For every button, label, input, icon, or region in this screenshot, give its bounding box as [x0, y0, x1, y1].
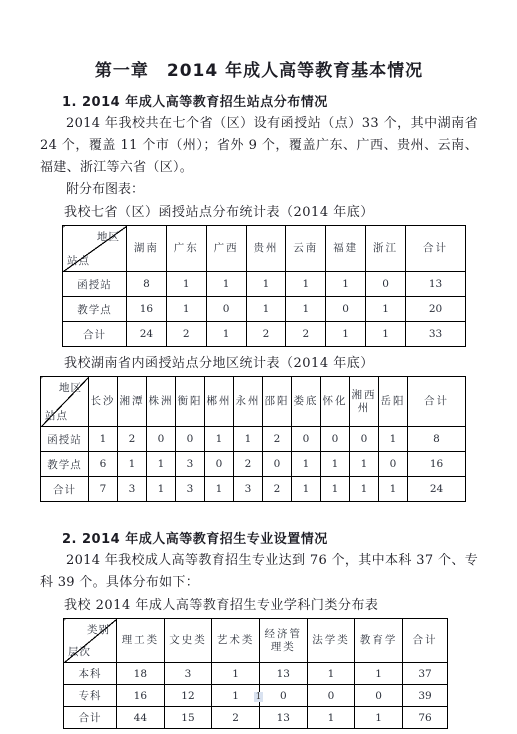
data-cell: 0: [205, 452, 234, 477]
column-header: 怀化: [321, 377, 350, 427]
table-row: 合计7313132111124: [41, 477, 466, 502]
section1-heading: 1. 2014 年成人高等教育招生站点分布情况: [62, 91, 478, 110]
diagonal-top-label: 地区: [59, 380, 82, 395]
data-cell: 3: [176, 452, 205, 477]
data-cell: 1: [326, 322, 366, 347]
column-header: 福建: [326, 226, 366, 272]
data-cell: 1: [206, 272, 246, 297]
data-cell: 1: [321, 477, 350, 502]
column-header: 理工类: [117, 619, 165, 663]
data-cell: 8: [127, 272, 167, 297]
data-cell: 2: [212, 707, 260, 729]
data-cell: 1: [89, 427, 118, 452]
data-cell: 13: [406, 272, 466, 297]
diagonal-bottom-label: 站点: [67, 253, 90, 268]
data-cell: 6: [89, 452, 118, 477]
data-cell: 24: [127, 322, 167, 347]
data-cell: 1: [234, 427, 263, 452]
data-cell: 1: [147, 452, 176, 477]
header-row: 地区站点湖南广东广西贵州云南福建浙江合计: [63, 226, 466, 272]
row-label: 函授站: [41, 427, 89, 452]
data-cell: 0: [292, 427, 321, 452]
section2-heading: 2. 2014 年成人高等教育招生专业设置情况: [62, 528, 478, 547]
data-cell: 13: [259, 663, 307, 685]
data-cell: 1: [205, 477, 234, 502]
section-spacer: [40, 508, 478, 524]
data-cell: 24: [408, 477, 466, 502]
column-header: 合计: [406, 226, 466, 272]
data-cell: 76: [403, 707, 448, 729]
column-header: 湘西州: [350, 377, 379, 427]
data-cell: 1: [246, 272, 286, 297]
data-cell: 1: [366, 297, 406, 322]
data-cell: 0: [326, 297, 366, 322]
data-cell: 2: [234, 452, 263, 477]
row-label: 教学点: [41, 452, 89, 477]
row-label: 教学点: [63, 297, 127, 322]
data-cell: 2: [246, 322, 286, 347]
data-cell: 2: [118, 427, 147, 452]
data-cell: 20: [406, 297, 466, 322]
data-cell: 15: [164, 707, 212, 729]
data-cell: 0: [206, 297, 246, 322]
data-cell: 2: [263, 477, 292, 502]
data-cell: 1: [379, 477, 408, 502]
column-header: 合计: [403, 619, 448, 663]
column-header: 合计: [408, 377, 466, 427]
data-cell: 13: [259, 707, 307, 729]
table1-station-distribution-by-province: 地区站点湖南广东广西贵州云南福建浙江合计函授站811111013教学点16101…: [62, 225, 466, 347]
data-cell: 16: [408, 452, 466, 477]
table2-hunan-station-distribution: 地区站点长沙湘潭株洲衡阳郴州永州邵阳娄底怀化湘西州岳阳合计函授站12001120…: [40, 376, 466, 502]
data-cell: 0: [350, 427, 379, 452]
diagonal-bottom-label: 站点: [45, 408, 68, 423]
column-header: 浙江: [366, 226, 406, 272]
data-cell: 1: [292, 477, 321, 502]
data-cell: 1: [350, 477, 379, 502]
column-header: 贵州: [246, 226, 286, 272]
data-cell: 1: [307, 663, 355, 685]
section1-paragraph: 2014 年我校共在七个省（区）设有函授站（点）33 个，其中湖南省 24 个，…: [40, 113, 478, 179]
data-cell: 1: [286, 272, 326, 297]
column-header: 岳阳: [379, 377, 408, 427]
data-cell: 1: [205, 427, 234, 452]
data-cell: 3: [164, 663, 212, 685]
data-cell: 16: [127, 297, 167, 322]
column-header: 广东: [166, 226, 206, 272]
table-row: 合计44152131176: [64, 707, 448, 729]
data-cell: 44: [117, 707, 165, 729]
data-cell: 8: [408, 427, 466, 452]
data-cell: 3: [118, 477, 147, 502]
data-cell: 1: [379, 427, 408, 452]
data-cell: 1: [292, 452, 321, 477]
data-cell: 1: [286, 297, 326, 322]
column-header: 教育学: [355, 619, 403, 663]
column-header: 长沙: [89, 377, 118, 427]
data-cell: 0: [176, 427, 205, 452]
data-cell: 18: [117, 663, 165, 685]
table-row: 本科1831131137: [64, 663, 448, 685]
chart-note: 附分布图表：: [40, 179, 478, 201]
document-title: 第一章 2014 年成人高等教育基本情况: [40, 56, 478, 81]
table1-caption: 我校七省（区）函授站点分布统计表（2014 年底）: [64, 202, 478, 223]
page-number: 1: [254, 692, 264, 702]
row-label: 合计: [41, 477, 89, 502]
column-header: 娄底: [292, 377, 321, 427]
diagonal-bottom-label: 层次: [68, 644, 91, 659]
diagonal-header-cell: 类别层次: [64, 619, 117, 663]
column-header: 衡阳: [176, 377, 205, 427]
data-cell: 1: [321, 452, 350, 477]
table-row: 函授站811111013: [63, 272, 466, 297]
column-header: 广西: [206, 226, 246, 272]
header-row: 地区站点长沙湘潭株洲衡阳郴州永州邵阳娄底怀化湘西州岳阳合计: [41, 377, 466, 427]
data-cell: 0: [379, 452, 408, 477]
diagonal-header-cell: 地区站点: [63, 226, 127, 272]
data-cell: 1: [206, 322, 246, 347]
data-cell: 1: [307, 707, 355, 729]
column-header: 湘潭: [118, 377, 147, 427]
section2-paragraph: 2014 年我校成人高等教育招生专业达到 76 个，其中本科 37 个、专科 3…: [40, 550, 478, 594]
data-cell: 1: [350, 452, 379, 477]
data-cell: 3: [234, 477, 263, 502]
data-cell: 1: [366, 322, 406, 347]
table3-major-category-distribution: 类别层次理工类文史类艺术类经济管理类法学类教育学合计本科1831131137专科…: [63, 618, 448, 729]
data-cell: 1: [212, 663, 260, 685]
table2-caption: 我校湖南省内函授站点分地区统计表（2014 年底）: [64, 353, 478, 374]
page-footer: 1: [0, 692, 517, 702]
data-cell: 1: [355, 663, 403, 685]
row-label: 函授站: [63, 272, 127, 297]
data-cell: 0: [366, 272, 406, 297]
data-cell: 1: [246, 297, 286, 322]
table-row: 合计2421221133: [63, 322, 466, 347]
data-cell: 0: [321, 427, 350, 452]
table3-caption: 我校 2014 年成人高等教育招生专业学科门类分布表: [64, 595, 478, 616]
data-cell: 1: [166, 297, 206, 322]
data-cell: 2: [166, 322, 206, 347]
data-cell: 0: [263, 452, 292, 477]
table-row: 教学点6113020111016: [41, 452, 466, 477]
diagonal-top-label: 地区: [97, 229, 120, 244]
data-cell: 1: [118, 452, 147, 477]
data-cell: 1: [355, 707, 403, 729]
data-cell: 0: [147, 427, 176, 452]
row-label: 合计: [63, 322, 127, 347]
column-header: 永州: [234, 377, 263, 427]
column-header: 文史类: [164, 619, 212, 663]
data-cell: 33: [406, 322, 466, 347]
row-label: 合计: [64, 707, 117, 729]
column-header: 经济管理类: [259, 619, 307, 663]
column-header: 法学类: [307, 619, 355, 663]
document-page: 第一章 2014 年成人高等教育基本情况 1. 2014 年成人高等教育招生站点…: [0, 0, 517, 734]
column-header: 湖南: [127, 226, 167, 272]
data-cell: 1: [147, 477, 176, 502]
data-cell: 1: [326, 272, 366, 297]
data-cell: 2: [286, 322, 326, 347]
column-header: 株洲: [147, 377, 176, 427]
diagonal-header-cell: 地区站点: [41, 377, 89, 427]
data-cell: 37: [403, 663, 448, 685]
column-header: 郴州: [205, 377, 234, 427]
data-cell: 2: [263, 427, 292, 452]
row-label: 本科: [64, 663, 117, 685]
table-row: 教学点1610110120: [63, 297, 466, 322]
data-cell: 1: [166, 272, 206, 297]
column-header: 艺术类: [212, 619, 260, 663]
header-row: 类别层次理工类文史类艺术类经济管理类法学类教育学合计: [64, 619, 448, 663]
data-cell: 7: [89, 477, 118, 502]
diagonal-top-label: 类别: [87, 622, 110, 637]
column-header: 邵阳: [263, 377, 292, 427]
table-row: 函授站120011200018: [41, 427, 466, 452]
column-header: 云南: [286, 226, 326, 272]
data-cell: 3: [176, 477, 205, 502]
